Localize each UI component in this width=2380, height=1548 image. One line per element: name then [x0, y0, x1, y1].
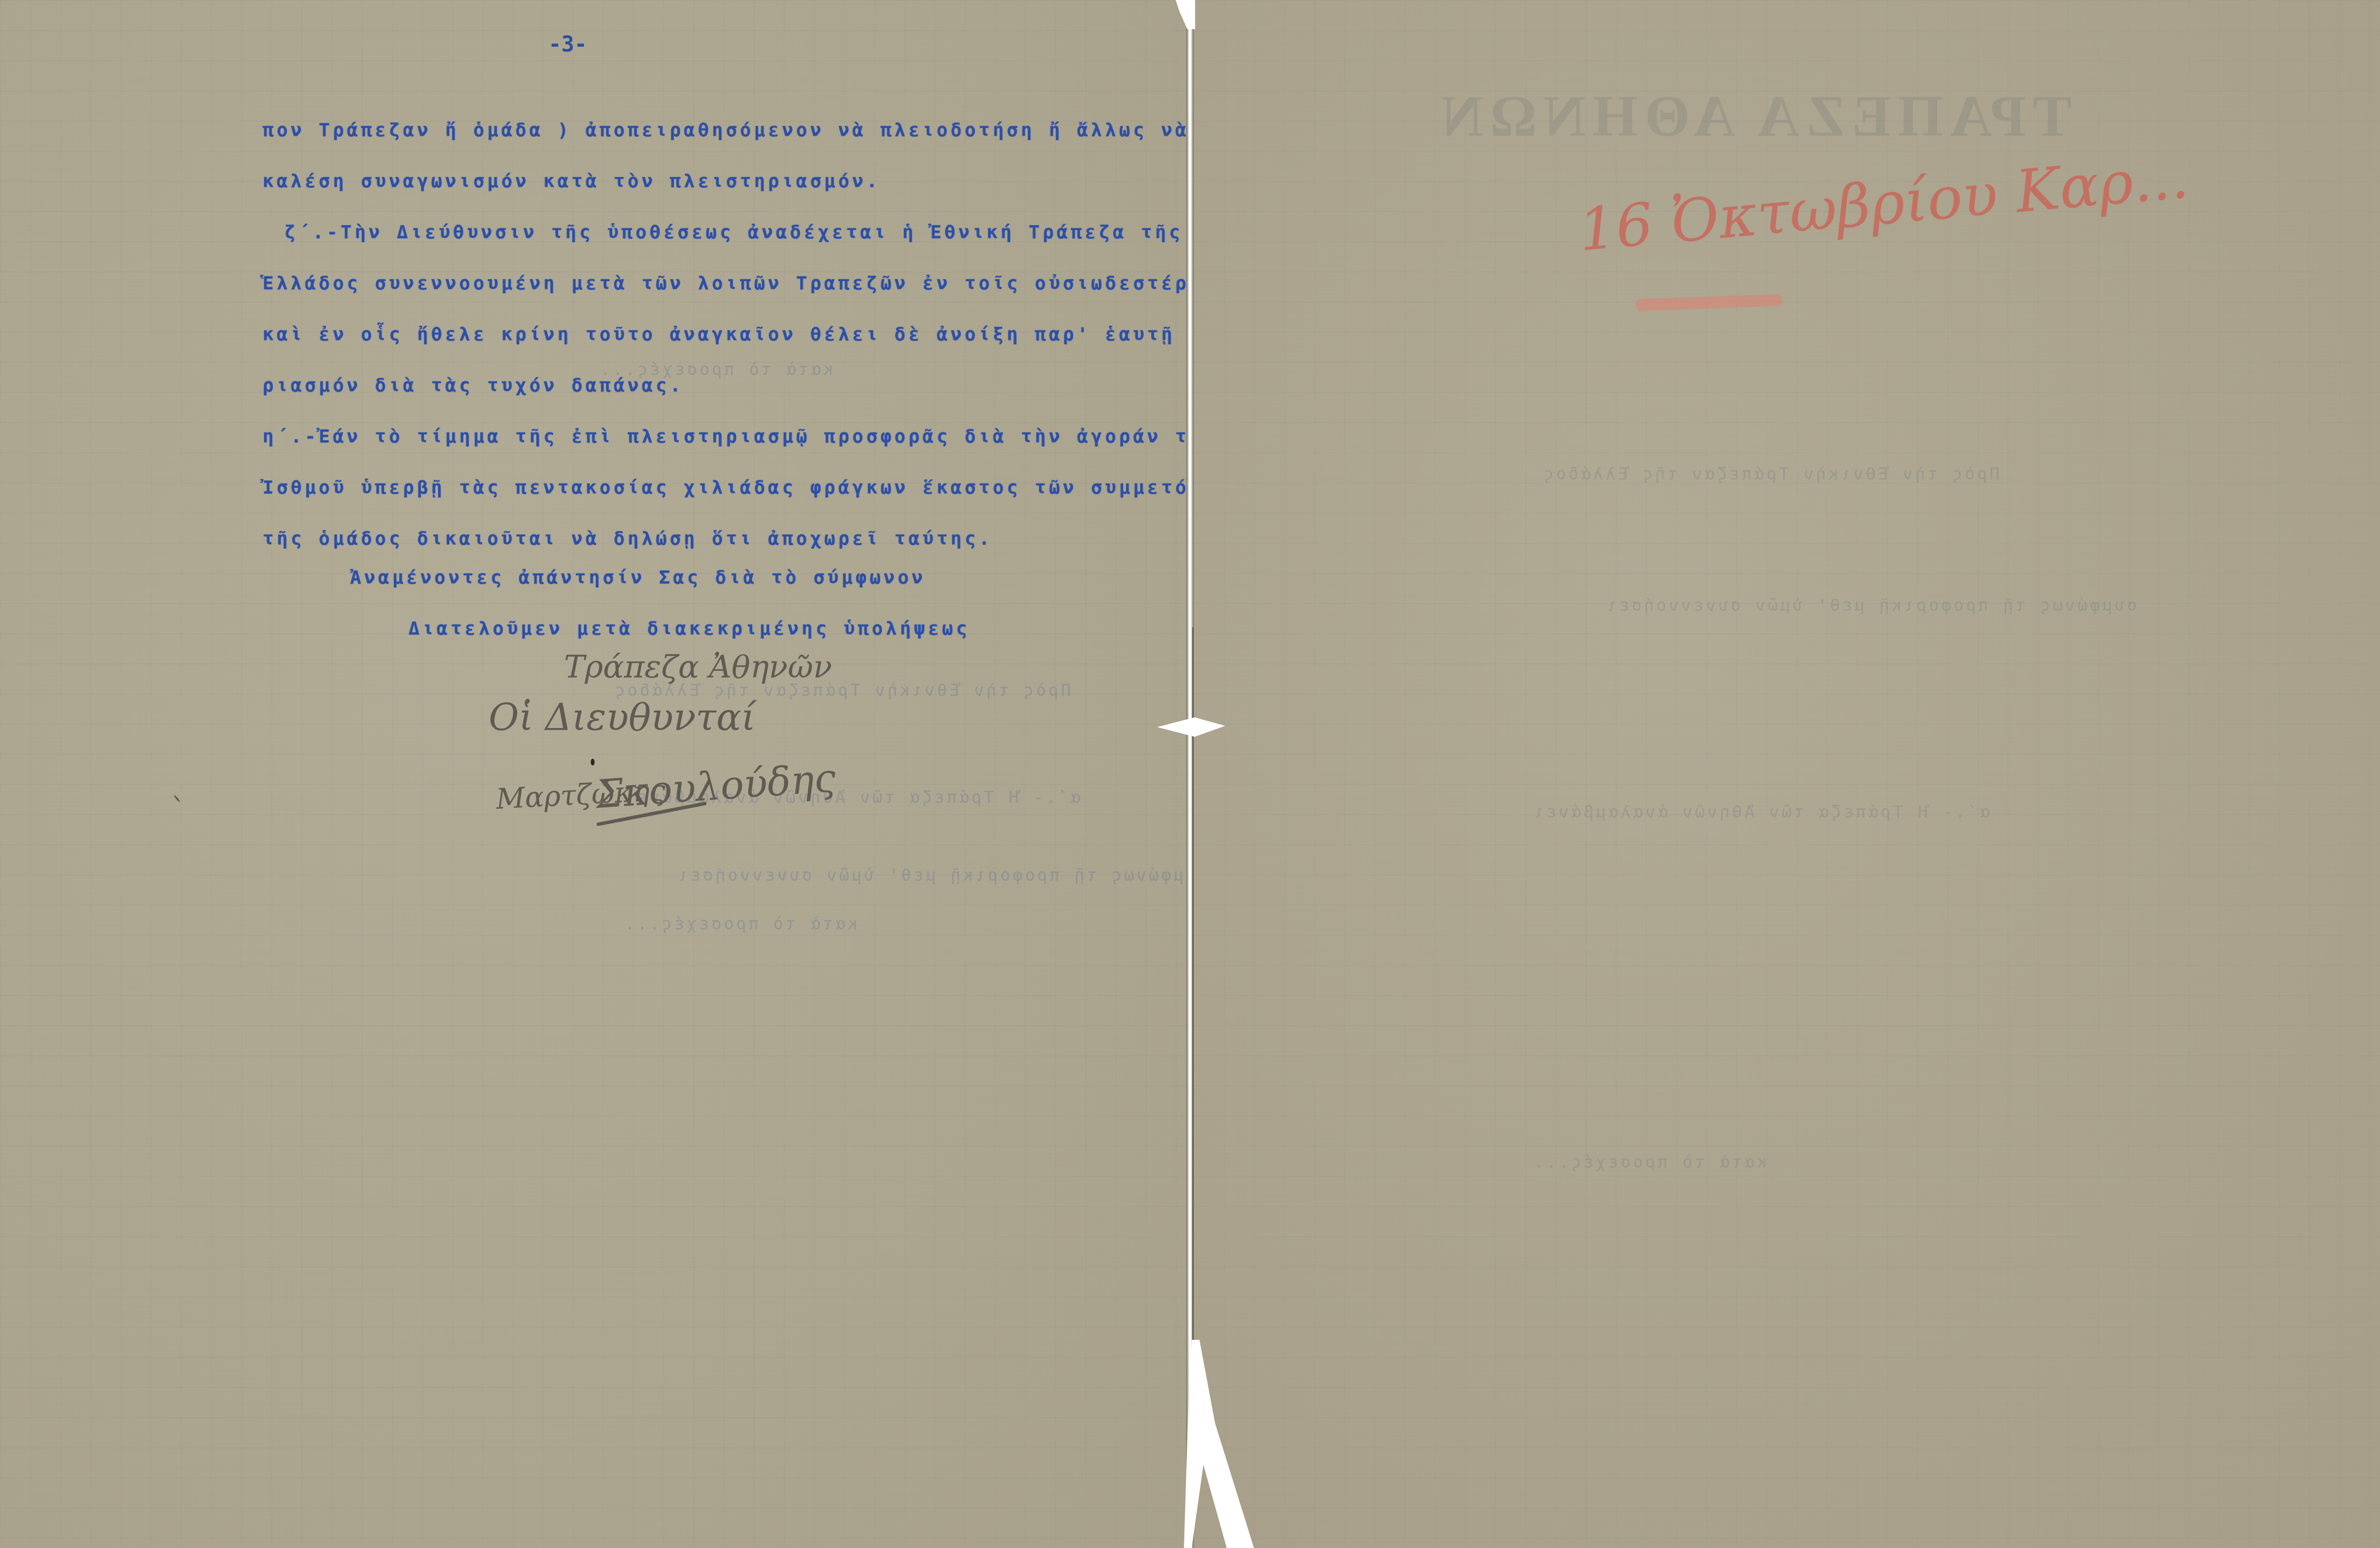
signature-directors: Οἱ Διευθυνταί — [489, 695, 756, 739]
typed-line: πον Τράπεζαν ἤ ὁμάδα ) ἀποπειραθησόμενον… — [263, 119, 1259, 141]
document-spread: -3- κατὰ τὸ προσεχές... Πρὸς τὴν Ἐθνικὴν… — [0, 0, 2380, 1548]
bleed-through-letterhead: ΤΡΑΠΕΖΑ ΑΘΗΝΩΝ — [1434, 83, 2072, 150]
page-number: -3- — [548, 32, 587, 57]
bleed-through-text: κατὰ τὸ προσεχές... — [622, 914, 858, 934]
typed-line: τῆς ὁμάδος δικαιοῦται νὰ δηλώσῃ ὅτι ἀποχ… — [263, 528, 993, 549]
typed-line: καὶ ἐν οἷς ἤθελε κρίνη τοῦτο ἀναγκαῖον θ… — [263, 323, 1259, 345]
typed-line: ριασμόν διὰ τὰς τυχόν δαπάνας. — [263, 374, 684, 396]
typed-line: Ἰσθμοῦ ὑπερβῇ τὰς πεντακοσίας χιλιάδας φ… — [263, 477, 1232, 498]
bleed-through-text: κατὰ τὸ προσεχές... — [1532, 1153, 1767, 1172]
typed-line: Ἑλλάδος συνεννοουμένη μετὰ τῶν λοιπῶν Τρ… — [263, 272, 1232, 294]
bleed-through-text: συμφώνως τῇ προφορικῇ μεθ' ὑμῶν συνεννοή… — [676, 866, 1208, 885]
typed-line: ζ΄.-Τὴν Διεύθυνσιν τῆς ὑποθέσεως ἀναδέχε… — [284, 221, 1183, 243]
ink-speck — [591, 759, 595, 765]
ink-mark — [174, 795, 181, 802]
signature-bank-name: Τράπεζα Ἀθηνῶν — [564, 649, 832, 685]
typed-line: η΄.-Ἐάν τὸ τίμημα τῆς ἐπὶ πλειστηριασμῷ … — [263, 426, 1217, 447]
bleed-through-text: συμφώνως τῇ προφορικῇ μεθ' ὑμῶν συνεννοή… — [1604, 596, 2137, 615]
left-page: -3- κατὰ τὸ προσεχές... Πρὸς τὴν Ἐθνικὴν… — [0, 0, 1186, 1548]
signature-right: Σκουλούδης — [594, 755, 837, 817]
closing-line: Ἀναμένοντες ἀπάντησίν Σας διὰ τὸ σύμφωνο… — [350, 567, 926, 588]
closing-line: Διατελοῦμεν μετὰ διακεκριμένης ὑπολήψεως — [408, 618, 970, 639]
bleed-through-text: Πρὸς τὴν Ἐθνικὴν Τράπεζαν τῆς Ἑλλάδος — [1541, 464, 1999, 484]
bleed-through-text: α΄.- Ἡ Τράπεζα τῶν Ἀθηνῶν ἀναλαμβάνει — [1532, 802, 1990, 822]
typed-line: καλέση συναγωνισμόν κατὰ τὸν πλειστηριασ… — [263, 170, 881, 192]
